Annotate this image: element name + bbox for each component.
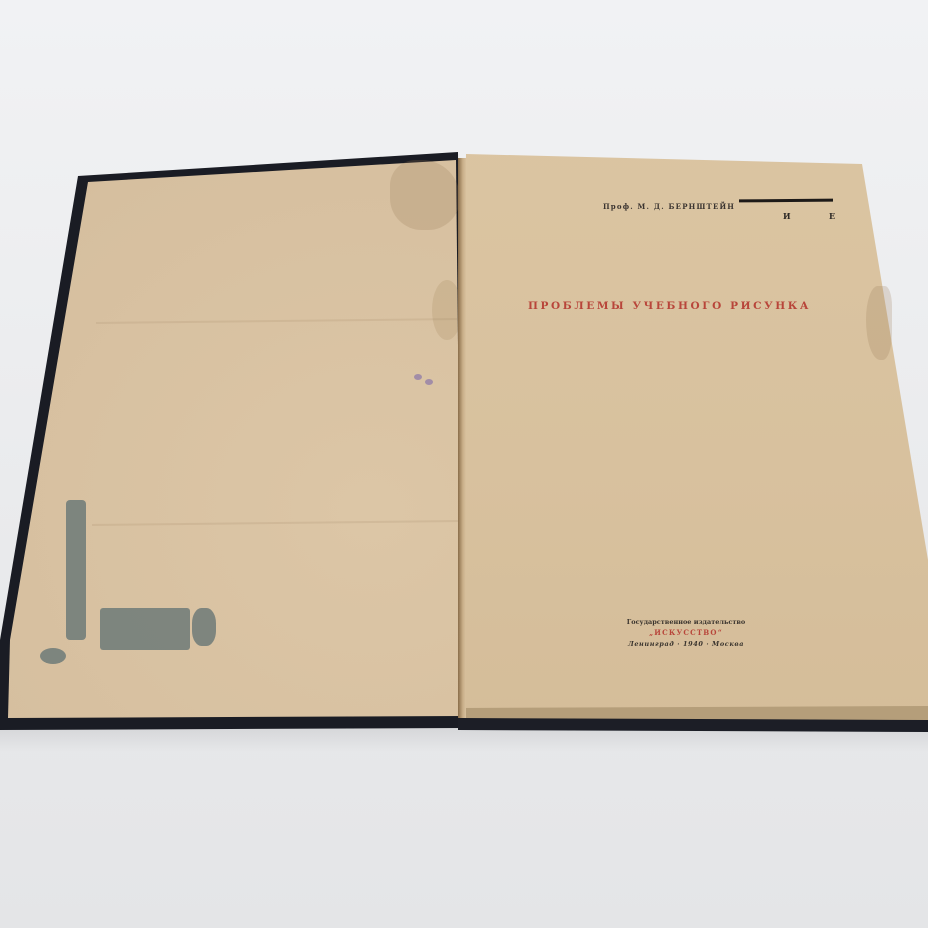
ink-spot — [414, 374, 422, 380]
author-name: Проф. М. Д. БЕРНШТЕЙН — [603, 202, 735, 211]
publication-place-year: Ленинград · 1940 · Москва — [626, 640, 746, 648]
corner-letter: И — [783, 211, 791, 221]
photo-scene: Проф. М. Д. БЕРНШТЕЙН И Е ПРОБЛЕМЫ УЧЕБН… — [0, 0, 928, 928]
corner-letter: Е — [829, 211, 835, 221]
water-stain — [866, 286, 892, 360]
tape-residue — [100, 608, 190, 650]
tape-residue — [66, 500, 86, 640]
publisher-imprint: „ИСКУССТВО“ — [626, 628, 746, 637]
publisher-name: Государственное издательство — [627, 618, 745, 626]
publisher-block: Государственное издательство „ИСКУССТВО“… — [626, 618, 746, 648]
tape-residue — [192, 608, 216, 646]
book-gutter — [458, 158, 466, 718]
tape-residue — [40, 648, 66, 664]
book-title: ПРОБЛЕМЫ УЧЕБНОГО РИСУНКА — [528, 300, 811, 312]
ink-spot — [425, 379, 433, 385]
